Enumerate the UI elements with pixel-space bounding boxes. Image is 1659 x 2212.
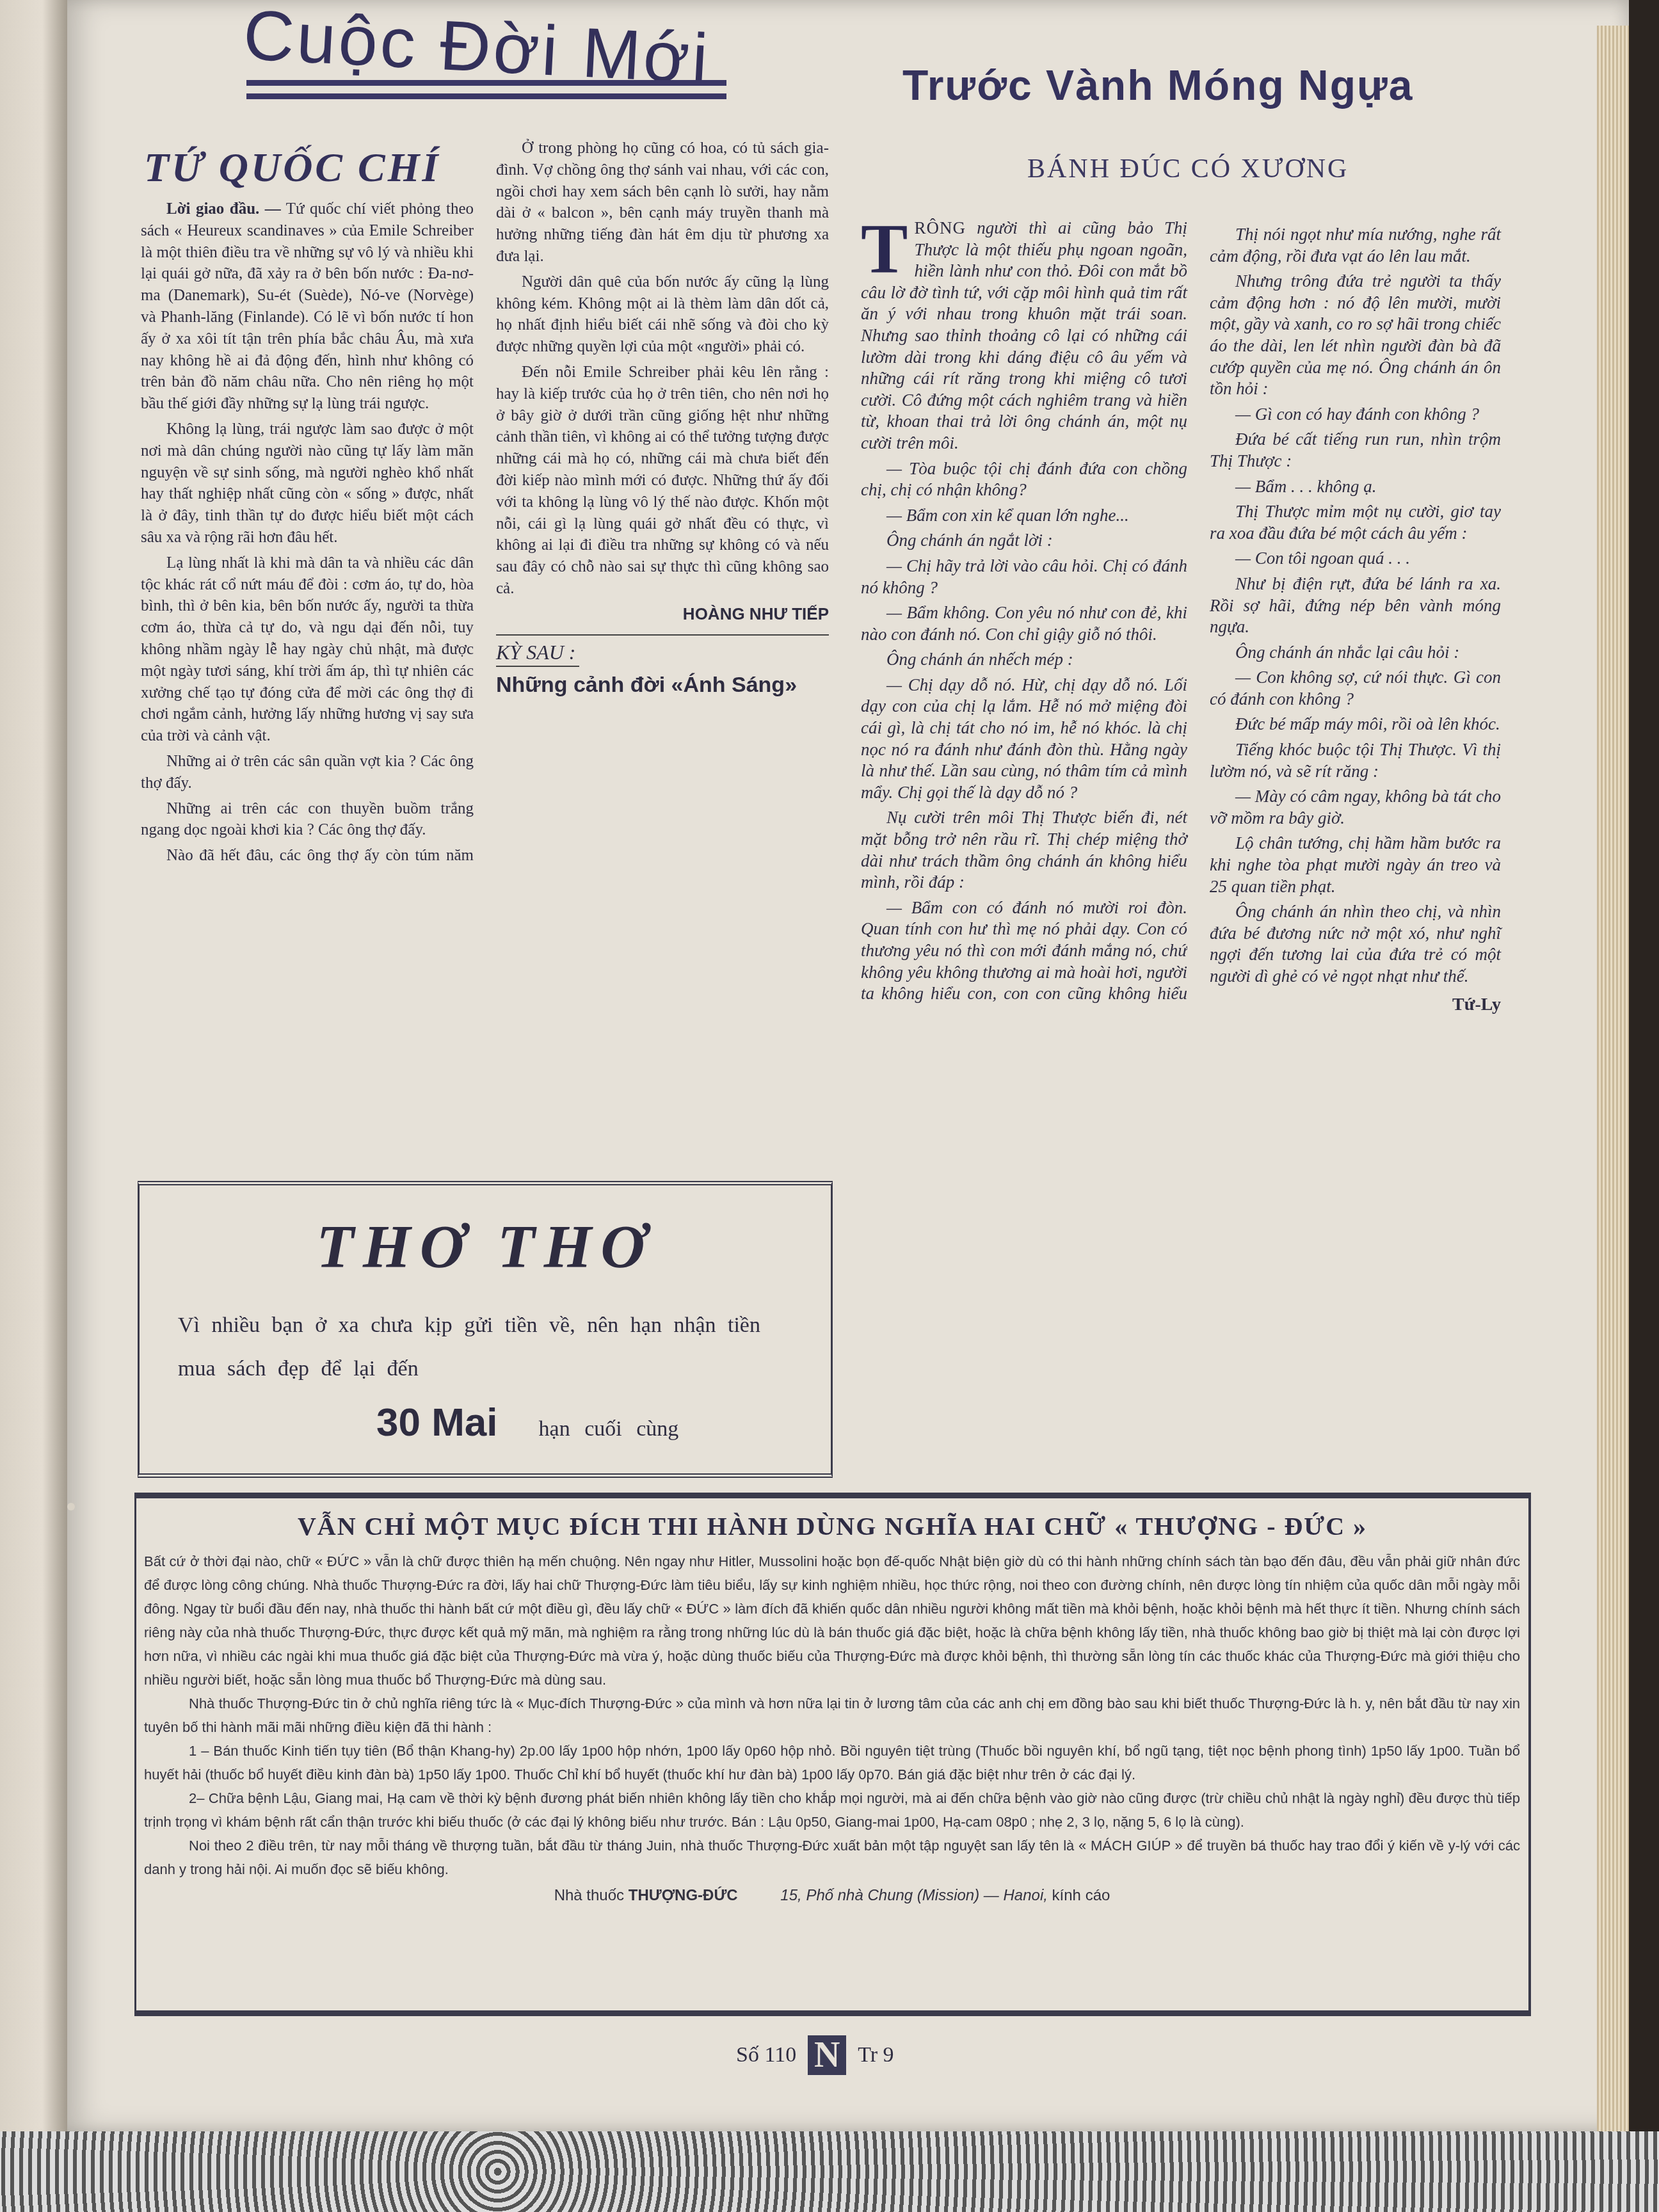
ad-paragraph: Bất cứ ở thời đại nào, chữ « ĐỨC » vẫn l…	[144, 1550, 1520, 1692]
paragraph: — Bẩm . . . không ạ.	[1210, 476, 1501, 498]
story-author: Tứ-Ly	[1210, 994, 1501, 1016]
divider	[496, 666, 579, 667]
article-author: HOÀNG NHƯ TIẾP	[496, 604, 829, 625]
paragraph: Những ai ở trên các sân quần vợt kia ? C…	[141, 751, 474, 794]
paragraph: Người dân quê của bốn nước ấy cũng lạ lù…	[496, 271, 829, 358]
tho-tho-advertisement: THƠ THƠ Vì nhiều bạn ở xa chưa kịp gửi t…	[138, 1181, 833, 1478]
story-column-1: TRÔNG người thì ai cũng bảo Thị Thược là…	[861, 218, 1187, 1009]
paragraph: — Mày có câm ngay, không bà tát cho vỡ m…	[1210, 786, 1501, 829]
story-section-title: Trước Vành Móng Ngựa	[902, 61, 1414, 109]
paragraph: Thị Thược mỉm một nụ cười, giơ tay ra xo…	[1210, 501, 1501, 544]
thuong-duc-advertisement: VẪN CHỈ MỘT MỤC ĐÍCH THI HÀNH DÙNG NGHĨA…	[134, 1493, 1531, 2016]
paragraph: Không lạ lùng, trái ngược làm sao được ở…	[141, 419, 474, 549]
ad-signature: Nhà thuốc THƯỢNG-ĐỨC 15, Phố nhà Chung (…	[144, 1884, 1520, 1907]
paragraph: — Chị hãy trả lời vào câu hỏi. Chị có đá…	[861, 556, 1187, 598]
paragraph: Lạ lùng nhất là khi mà dân ta và nhiều c…	[141, 552, 474, 747]
article-left-column-2: Ở trong phòng họ cũng có hoa, có tủ sách…	[496, 138, 829, 696]
ad-body: Bất cứ ở thời đại nào, chữ « ĐỨC » vẫn l…	[144, 1550, 1520, 1907]
ad-body: Vì nhiều bạn ở xa chưa kịp gửi tiền về, …	[178, 1304, 792, 1391]
pharmacy-address: 15, Phố nhà Chung (Mission) — Hanoi,	[780, 1887, 1048, 1904]
paragraph: Nụ cười trên môi Thị Thược biến đi, nét …	[861, 807, 1187, 893]
paragraph: Nào đã hết đâu, các ông thợ ấy còn túm n…	[141, 845, 474, 867]
paragraph: — Con tôi ngoan quá . . .	[1210, 548, 1501, 570]
header-double-rule	[246, 80, 726, 107]
page-stack-edge	[1597, 26, 1629, 2138]
paragraph: Những ai trên các con thuyền buồm trắng …	[141, 798, 474, 842]
ad-paragraph: Nhà thuốc Thượng-Đức tin ở chủ nghĩa riê…	[144, 1692, 1520, 1739]
next-issue-label: KỲ SAU :	[496, 642, 829, 664]
ad-paragraph: 2– Chữa bệnh Lậu, Giang mai, Hạ cam về t…	[144, 1786, 1520, 1834]
paragraph: Đức bé mấp máy môi, rồi oà lên khóc.	[1210, 714, 1501, 735]
paragraph: Ở trong phòng họ cũng có hoa, có tủ sách…	[496, 138, 829, 268]
paragraph: Như bị điện rựt, đứa bé lánh ra xa. Rồi …	[1210, 573, 1501, 638]
paragraph: Nhưng trông đứa trẻ người ta thấy cảm độ…	[1210, 271, 1501, 400]
binding-hole	[67, 1503, 75, 1511]
next-issue-title: Những cảnh đời «Ánh Sáng»	[496, 675, 829, 696]
paragraph: Thị nói ngọt như mía nướng, nghe rất cảm…	[1210, 224, 1501, 267]
paragraph: — Bẩm con xin kể quan lớn nghe...	[861, 505, 1187, 527]
background-fabric	[0, 2131, 1659, 2212]
page-footer: Số 110 N Tr 9	[736, 2035, 894, 2075]
paragraph: — Con không sợ, cứ nói thực. Gì con có đ…	[1210, 667, 1501, 710]
deadline-date: 30 Mai	[376, 1400, 498, 1445]
deadline-label: hạn cuối cùng	[539, 1417, 679, 1441]
ad-headline: VẪN CHỈ MỘT MỤC ĐÍCH THI HÀNH DÙNG NGHĨA…	[136, 1511, 1528, 1541]
page-number: Tr 9	[858, 2043, 894, 2067]
story-opening-paragraph: TRÔNG người thì ai cũng bảo Thị Thược là…	[861, 218, 1187, 454]
ad-paragraph: 1 – Bán thuốc Kinh tiến tụy tiên (Bổ thậ…	[144, 1739, 1520, 1786]
article-left-column-1: Lời giao đầu. — Tứ quốc chí viết phỏng t…	[141, 198, 474, 870]
paragraph: Ông chánh án ngắt lời :	[861, 530, 1187, 552]
ad-title: THƠ THƠ	[140, 1211, 831, 1282]
issue-number: Số 110	[736, 2043, 796, 2067]
left-page-edge	[0, 0, 70, 2212]
paragraph: Đến nỗi Emile Schreiber phải kêu lên rằn…	[496, 362, 829, 600]
paragraph: — Bẩm con có đánh nó mười roi đòn. Quan …	[861, 897, 1187, 1005]
intro-label: Lời giao đầu. —	[166, 200, 281, 218]
paragraph: — Chị dạy dỗ nó. Hừ, chị dạy dỗ nó. Lối …	[861, 675, 1187, 804]
paragraph: Ông chánh án nhếch mép :	[861, 649, 1187, 671]
paragraph: Lộ chân tướng, chị hầm hầm bước ra khi n…	[1210, 833, 1501, 897]
divider	[496, 634, 829, 636]
paragraph: Tiếng khóc buộc tội Thị Thược. Vì thị lư…	[1210, 739, 1501, 782]
intro-paragraph: Lời giao đầu. — Tứ quốc chí viết phỏng t…	[141, 198, 474, 415]
article-title: TỨ QUỐC CHÍ	[144, 144, 440, 191]
ad-deadline: 30 Mai hạn cuối cùng	[376, 1400, 678, 1445]
story-title: BÁNH ĐÚC CÓ XƯƠNG	[1027, 154, 1349, 184]
ad-paragraph: Noi theo 2 điều trên, từ nay mỗi tháng v…	[144, 1834, 1520, 1881]
paragraph: — Gì con có hay đánh con không ?	[1210, 404, 1501, 426]
story-column-2: Thị nói ngọt như mía nướng, nghe rất cảm…	[1210, 224, 1501, 1015]
paragraph: — Bẩm không. Con yêu nó như con đẻ, khi …	[861, 602, 1187, 645]
pharmacy-name: THƯỢNG-ĐỨC	[629, 1887, 738, 1904]
paragraph: Ông chánh án nhìn theo chị, và nhìn đứa …	[1210, 901, 1501, 987]
paragraph: — Tòa buộc tội chị đánh đứa con chồng ch…	[861, 458, 1187, 501]
paragraph: Ông chánh án nhắc lại câu hỏi :	[1210, 642, 1501, 664]
magazine-logo-icon: N	[808, 2035, 846, 2075]
drop-cap: T	[861, 220, 908, 278]
paragraph: Đứa bé cất tiếng run run, nhìn trộm Thị …	[1210, 429, 1501, 472]
